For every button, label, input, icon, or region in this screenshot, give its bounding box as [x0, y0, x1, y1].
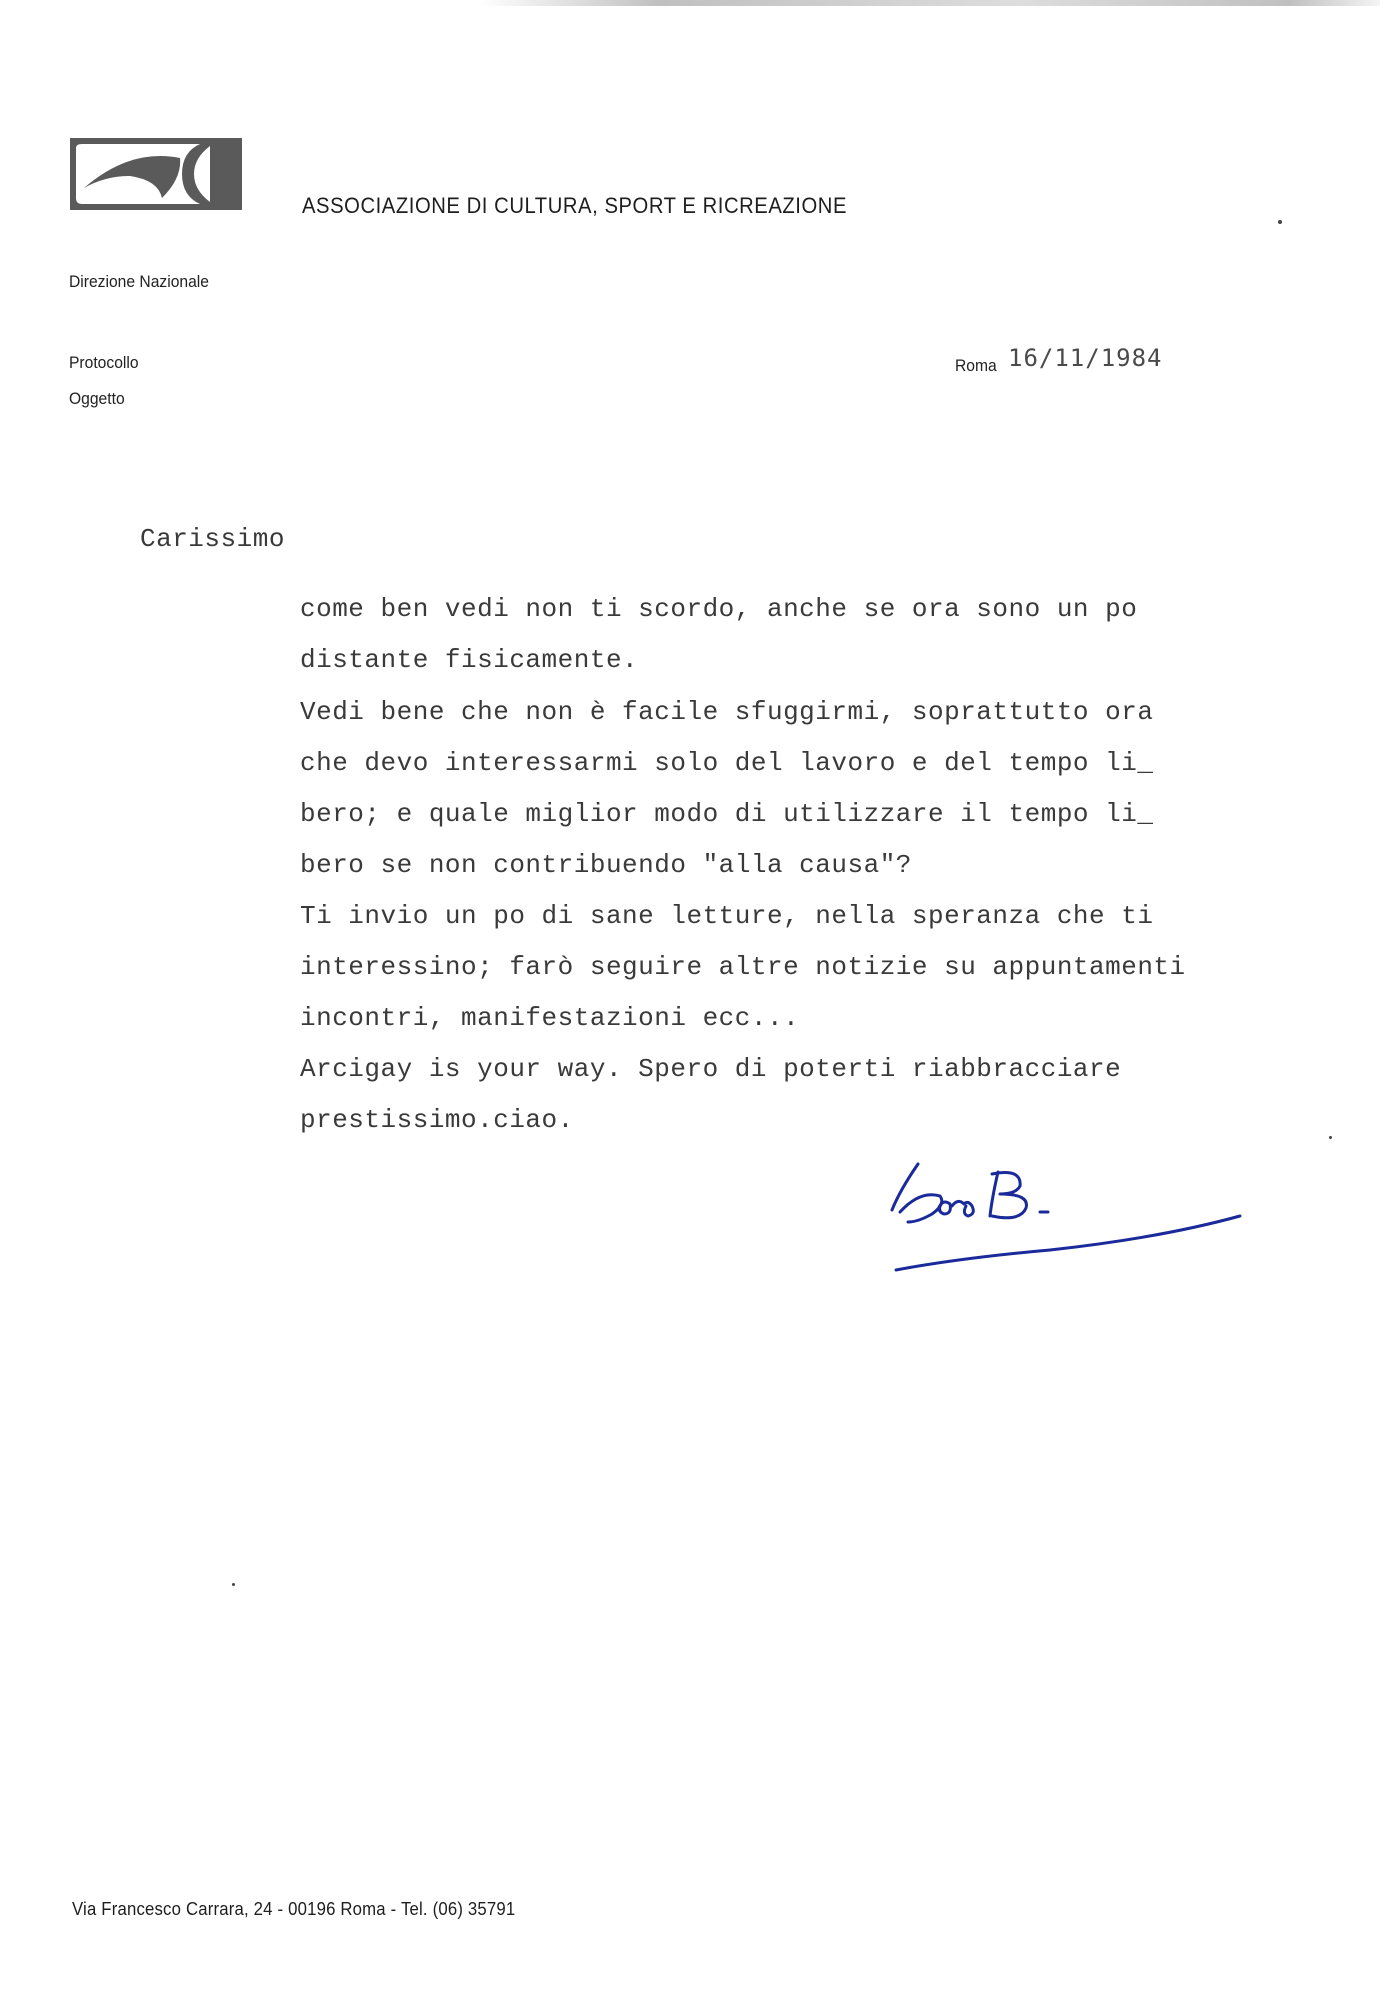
city-label: Roma [955, 356, 997, 376]
letter-line: interessino; farò seguire altre notizie … [300, 952, 1186, 982]
department-label: Direzione Nazionale [69, 272, 209, 292]
scan-speck [1329, 1136, 1332, 1139]
subject-label: Oggetto [69, 389, 125, 409]
letter-line: Ti invio un po di sane letture, nella sp… [300, 901, 1153, 931]
scan-speck [232, 1583, 235, 1586]
organization-name: ASSOCIAZIONE DI CULTURA, SPORT E RICREAZ… [302, 193, 847, 219]
letter-line: incontri, manifestazioni ecc... [300, 1003, 799, 1033]
footer-address: Via Francesco Carrara, 24 - 00196 Roma -… [72, 1899, 515, 1920]
letter-line: Arcigay is your way. Spero di poterti ri… [300, 1054, 1121, 1084]
protocol-label: Protocollo [69, 353, 139, 373]
letter-line: bero; e quale miglior modo di utilizzare… [300, 799, 1153, 829]
scan-speck [1278, 220, 1282, 224]
organization-logo-icon [70, 138, 242, 210]
handwritten-signature-icon [880, 1160, 1260, 1280]
letter-line: che devo interessarmi solo del lavoro e … [300, 748, 1153, 778]
letter-date: 16/11/1984 [1008, 344, 1163, 372]
salutation: Carissimo [140, 524, 285, 554]
letter-line: come ben vedi non ti scordo, anche se or… [300, 594, 1137, 624]
letter-line: Vedi bene che non è facile sfuggirmi, so… [300, 697, 1153, 727]
letter-line: distante fisicamente. [300, 645, 638, 675]
scan-edge-artifact [480, 0, 1380, 6]
letter-line: bero se non contribuendo "alla causa"? [300, 850, 912, 880]
letter-line: prestissimo.ciao. [300, 1105, 574, 1135]
